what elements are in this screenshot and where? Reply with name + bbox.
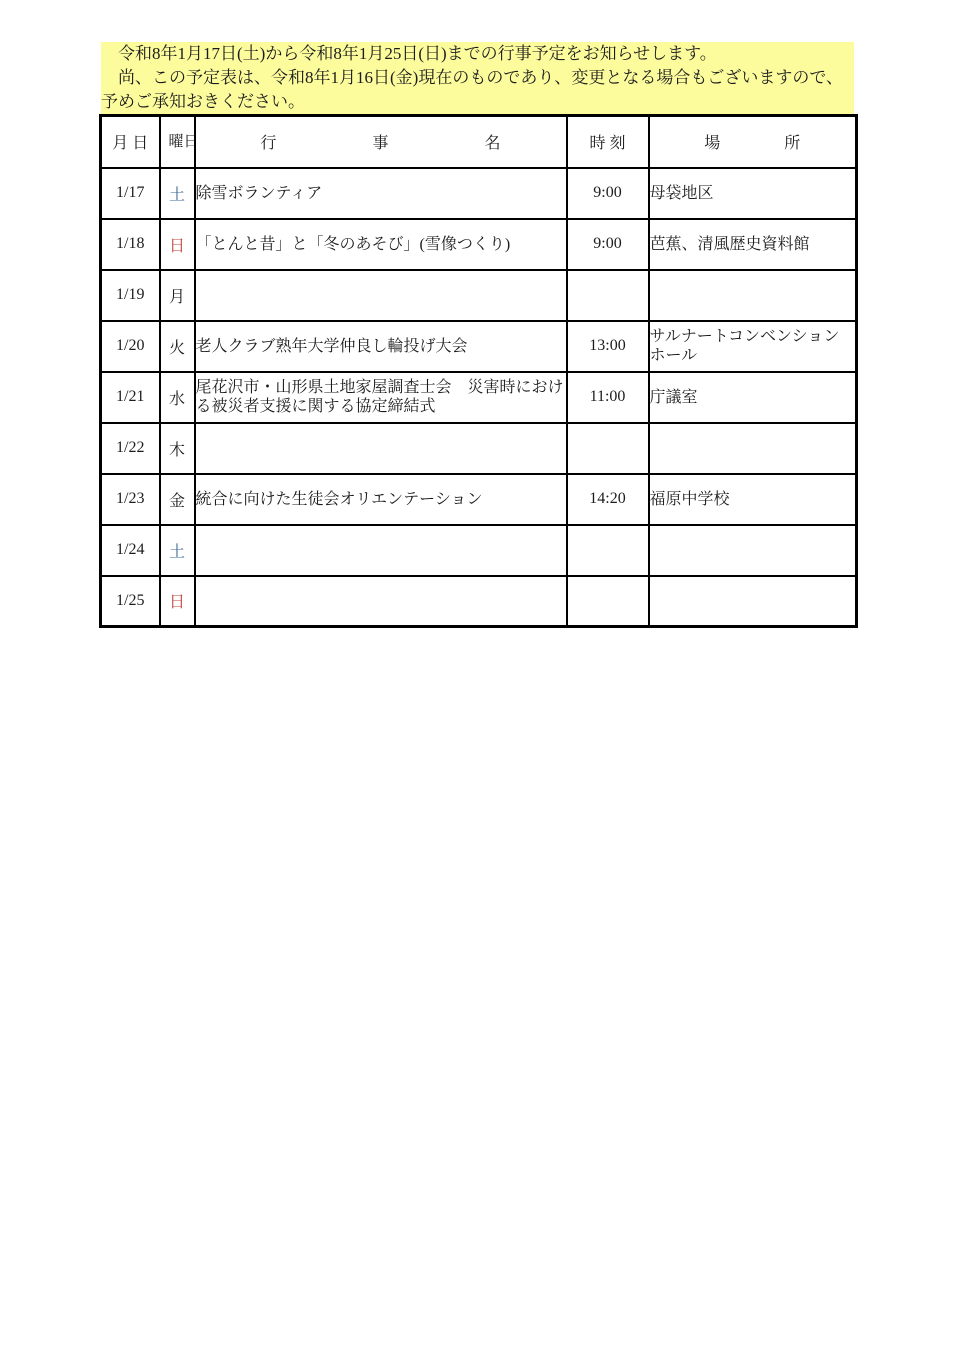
col-header-event: 行 事 名 [195,116,567,168]
event-cell: 老人クラブ熟年大学仲良し輪投げ大会 [195,321,567,372]
col-header-place: 場 所 [649,116,857,168]
document-page: 令和8年1月17日(土)から令和8年1月25日(日)までの行事予定をお知らせしま… [0,0,959,1356]
day-cell: 火 [160,321,195,372]
event-cell [195,576,567,627]
notice-line-2: 尚、この予定表は、令和8年1月16日(金)現在のものであり、変更となる場合もござ… [101,66,854,114]
col-header-time: 時 刻 [567,116,649,168]
date-cell: 1/21 [101,372,160,423]
place-cell [649,576,857,627]
time-cell: 14:20 [567,474,649,525]
date-cell: 1/24 [101,525,160,576]
row-1-19: 1/19 月 [101,270,857,321]
row-1-22: 1/22 木 [101,423,857,474]
place-cell: 福原中学校 [649,474,857,525]
place-cell: 庁議室 [649,372,857,423]
event-cell: 除雪ボランティア [195,168,567,219]
date-cell: 1/22 [101,423,160,474]
time-cell: 9:00 [567,168,649,219]
event-cell: 「とんと昔」と「冬のあそび」(雪像つくり) [195,219,567,270]
time-cell: 9:00 [567,219,649,270]
day-cell: 日 [160,576,195,627]
row-1-20: 1/20 火 老人クラブ熟年大学仲良し輪投げ大会 13:00 サルナートコンベン… [101,321,857,372]
date-cell: 1/18 [101,219,160,270]
place-cell: 母袋地区 [649,168,857,219]
place-cell: 芭蕉、清風歴史資料館 [649,219,857,270]
date-cell: 1/17 [101,168,160,219]
day-cell: 日 [160,219,195,270]
header-row: 月 日 曜日 行 事 名 時 刻 場 所 [101,116,857,168]
place-cell [649,423,857,474]
col-header-date: 月 日 [101,116,160,168]
row-1-18: 1/18 日 「とんと昔」と「冬のあそび」(雪像つくり) 9:00 芭蕉、清風歴… [101,219,857,270]
day-cell: 金 [160,474,195,525]
day-label: 木 [169,442,185,459]
time-cell: 11:00 [567,372,649,423]
event-cell [195,525,567,576]
day-label: 水 [169,391,185,408]
date-cell: 1/20 [101,321,160,372]
date-cell: 1/23 [101,474,160,525]
day-cell: 月 [160,270,195,321]
time-cell [567,423,649,474]
row-1-21: 1/21 水 尾花沢市・山形県土地家屋調査士会 災害時における被災者支援に関する… [101,372,857,423]
day-label: 金 [169,493,185,510]
date-cell: 1/19 [101,270,160,321]
day-label: 火 [169,340,185,357]
col-header-day-label: 曜日 [169,134,186,151]
time-cell [567,525,649,576]
day-label: 日 [169,594,185,611]
time-cell [567,576,649,627]
event-cell: 統合に向けた生徒会オリエンテーション [195,474,567,525]
event-cell [195,423,567,474]
place-cell [649,525,857,576]
day-label: 土 [169,187,185,204]
notice-line-1: 令和8年1月17日(土)から令和8年1月25日(日)までの行事予定をお知らせしま… [101,42,854,66]
row-1-17: 1/17 土 除雪ボランティア 9:00 母袋地区 [101,168,857,219]
date-cell: 1/25 [101,576,160,627]
place-cell [649,270,857,321]
day-label: 土 [169,544,185,561]
row-1-25: 1/25 日 [101,576,857,627]
time-cell: 13:00 [567,321,649,372]
event-cell [195,270,567,321]
day-cell: 土 [160,525,195,576]
event-cell: 尾花沢市・山形県土地家屋調査士会 災害時における被災者支援に関する協定締結式 [195,372,567,423]
time-cell [567,270,649,321]
notice-banner: 令和8年1月17日(土)から令和8年1月25日(日)までの行事予定をお知らせしま… [101,42,854,114]
col-header-day: 曜日 [160,116,195,168]
place-cell: サルナートコンベンションホール [649,321,857,372]
day-label: 日 [169,238,185,255]
day-cell: 木 [160,423,195,474]
day-cell: 土 [160,168,195,219]
day-label: 月 [169,289,185,306]
row-1-23: 1/23 金 統合に向けた生徒会オリエンテーション 14:20 福原中学校 [101,474,857,525]
row-1-24: 1/24 土 [101,525,857,576]
schedule-table: 月 日 曜日 行 事 名 時 刻 場 所 1/17 土 除雪ボランティア 9:0… [99,114,858,628]
day-cell: 水 [160,372,195,423]
